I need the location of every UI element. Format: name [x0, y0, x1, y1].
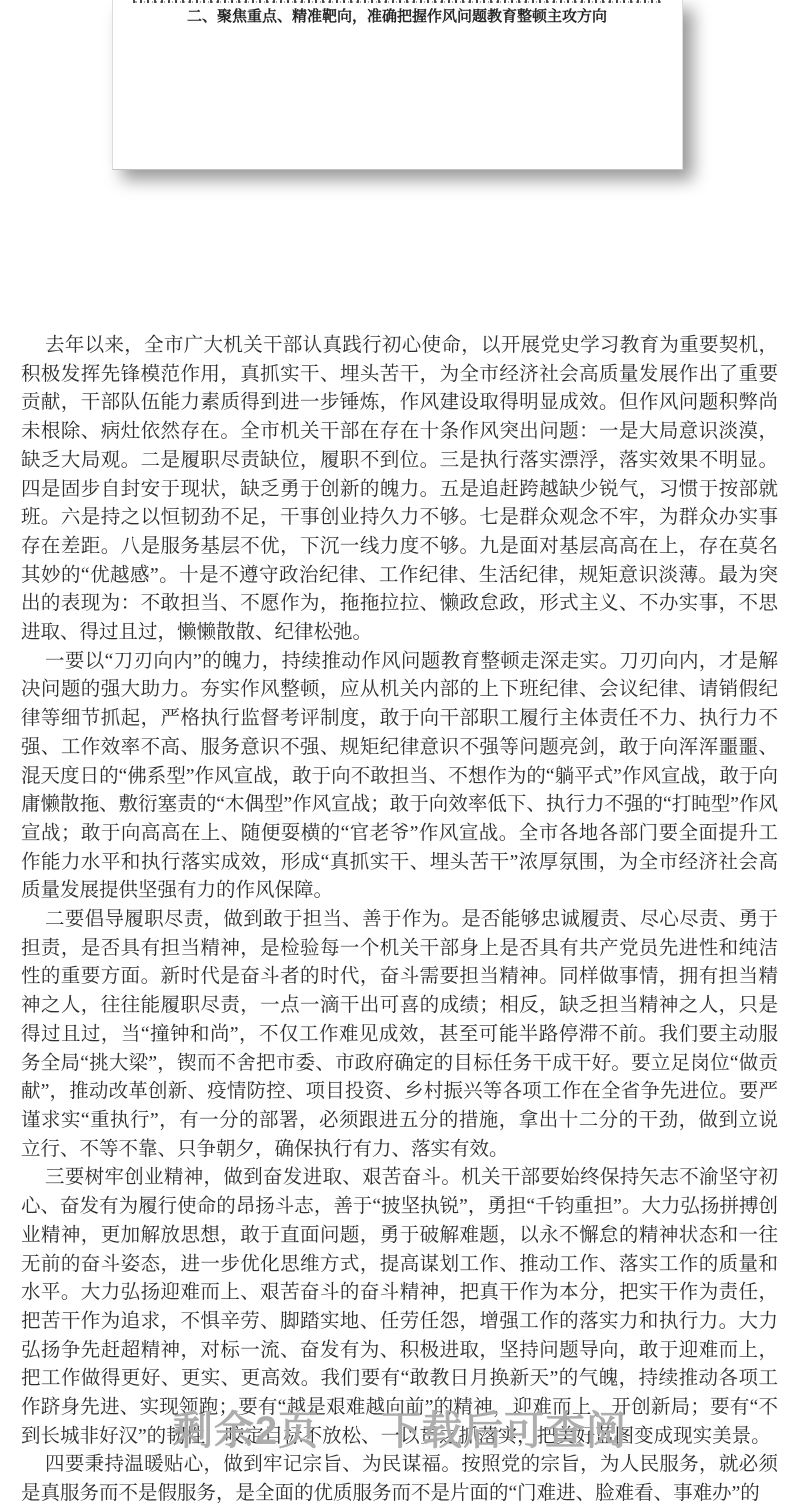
paragraph-2: 一要以“刀刃向内”的魄力，持续推动作风问题教育整顿走深走实。刀刃向内，才是解决问…	[21, 648, 778, 906]
remaining-pages-label: 剩余2页	[173, 1409, 319, 1453]
page-preview-card: 二、聚焦重点、精准靶向，准确把握作风问题教育整顿主攻方向	[112, 0, 683, 170]
paragraph-5: 四要秉持温暖贴心，做到牢记宗旨、为民谋福。按照党的宗旨，为人民服务，就必须是真服…	[21, 1451, 778, 1506]
paragraph-1: 去年以来，全市广大机关干部认真践行初心使命，以开展党史学习教育为重要契机，积极发…	[21, 332, 778, 648]
document-body: 去年以来，全市广大机关干部认真践行初心使命，以开展党史学习教育为重要契机，积极发…	[21, 332, 778, 1506]
clipped-text-fragments	[133, 0, 662, 3]
footer-hint: 剩余2页下载后可查阅	[0, 1399, 800, 1456]
section-heading: 二、聚焦重点、精准靶向，准确把握作风问题教育整顿主攻方向	[187, 5, 668, 26]
document-preview-page: 二、聚焦重点、精准靶向，准确把握作风问题教育整顿主攻方向 去年以来，全市广大机关…	[0, 0, 800, 1506]
download-hint-label: 下载后可查阅	[381, 1409, 627, 1453]
paragraph-3: 二要倡导履职尽责，做到敢于担当、善于作为。是否能够忠诚履责、尽心尽责、勇于担责，…	[21, 906, 778, 1164]
